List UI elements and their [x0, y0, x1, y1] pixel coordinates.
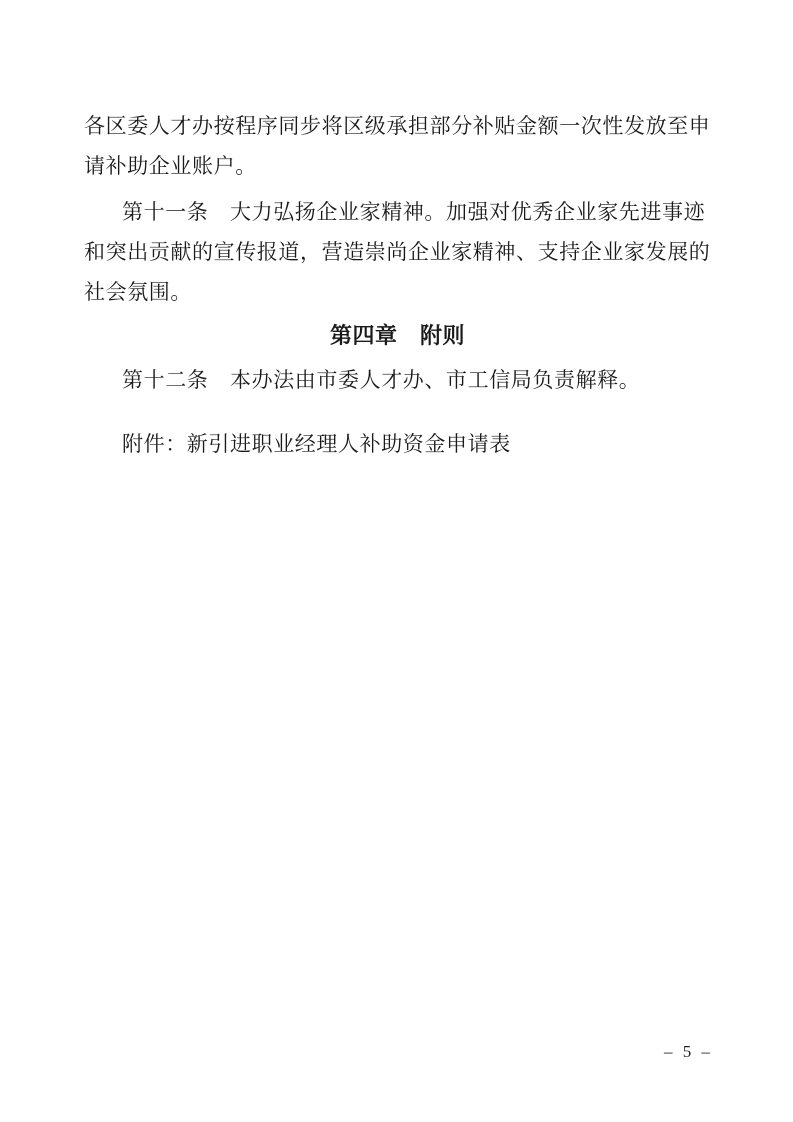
page-number: – 5 –: [664, 1040, 711, 1064]
body-line: 请补助企业账户。: [84, 146, 711, 186]
body-line: 各区委人才办按程序同步将区级承担部分补贴金额一次性发放至申: [84, 106, 711, 146]
attachment-note: 附件：新引进职业经理人补助资金申请表: [84, 424, 711, 464]
chapter-heading-text: 第四章 附则: [330, 323, 465, 348]
body-line: 和突出贡献的宣传报道，营造崇尚企业家精神、支持企业家发展的: [84, 232, 711, 272]
body-line: 社会氛围。: [84, 272, 711, 312]
body-line: 第十二条 本办法由市委人才办、市工信局负责解释。: [84, 360, 711, 400]
document-body: 各区委人才办按程序同步将区级承担部分补贴金额一次性发放至申 请补助企业账户。 第…: [84, 106, 711, 464]
body-line: 第十一条 大力弘扬企业家精神。加强对优秀企业家先进事迹: [84, 192, 711, 232]
paragraph-continuation: 各区委人才办按程序同步将区级承担部分补贴金额一次性发放至申 请补助企业账户。: [84, 106, 711, 186]
chapter-heading: 第四章 附则: [84, 316, 711, 356]
paragraph-article-12: 第十二条 本办法由市委人才办、市工信局负责解释。: [84, 360, 711, 400]
body-line: 附件：新引进职业经理人补助资金申请表: [84, 424, 711, 464]
paragraph-article-11: 第十一条 大力弘扬企业家精神。加强对优秀企业家先进事迹 和突出贡献的宣传报道，营…: [84, 192, 711, 312]
document-page: 各区委人才办按程序同步将区级承担部分补贴金额一次性发放至申 请补助企业账户。 第…: [0, 0, 793, 1122]
